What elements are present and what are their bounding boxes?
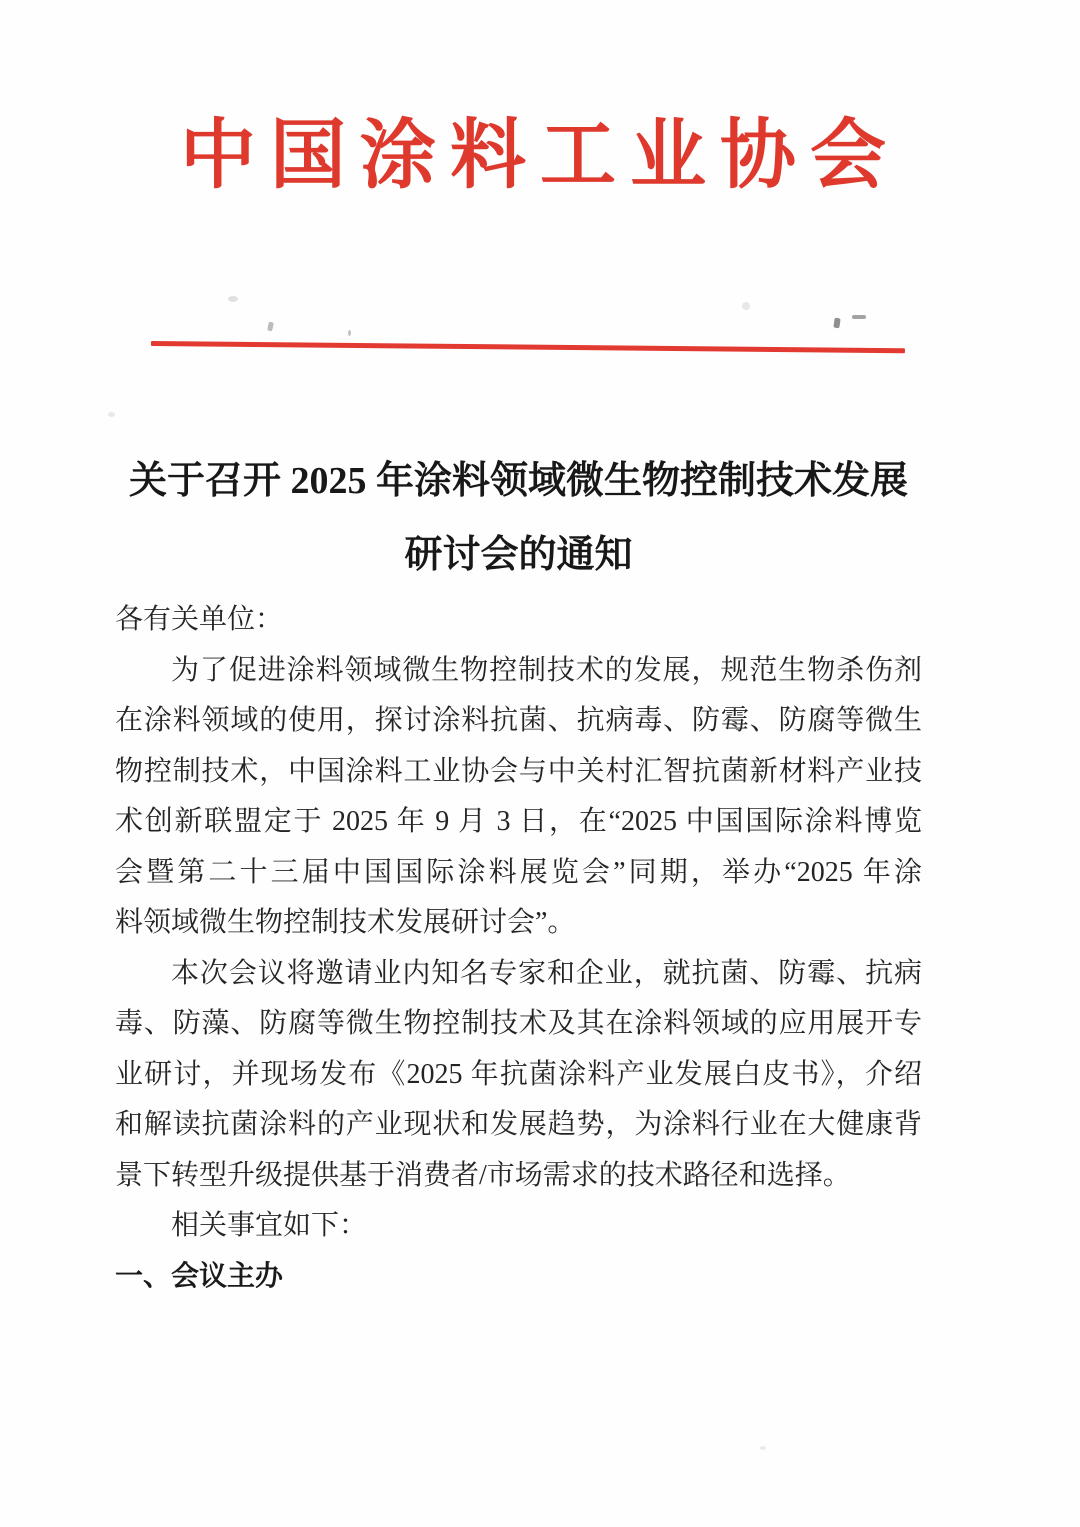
body-line: 业研讨，并现场发布《2025 年抗菌涂料产业发展白皮书》，介绍 (115, 1050, 922, 1101)
scan-artifact (852, 315, 866, 319)
body-line: 一、会议主办 (115, 1252, 922, 1303)
paragraph: 各有关单位： (115, 595, 922, 646)
document-title-line1: 关于召开 2025 年涂料领域微生物控制技术发展 (115, 444, 922, 518)
body-line: 和解读抗菌涂料的产业现状和发展趋势，为涂料行业在大健康背 (115, 1100, 922, 1151)
scan-artifact (760, 1446, 766, 1450)
scan-artifact (267, 322, 274, 332)
body-line: 各有关单位： (115, 595, 922, 646)
section-heading: 一、会议主办 (115, 1252, 922, 1303)
scanned-notice-page: 中国涂料工业协会 关于召开 2025 年涂料领域微生物控制技术发展 研讨会的通知… (0, 0, 1080, 1527)
scan-artifact (108, 412, 115, 417)
red-divider-line (151, 341, 905, 353)
body-line: 在涂料领域的使用，探讨涂料抗菌、抗病毒、防霉、防腐等微生 (115, 696, 922, 747)
organization-masthead: 中国涂料工业协会 (0, 118, 1080, 194)
body-line: 术创新联盟定于 2025 年 9 月 3 日，在“2025 中国国际涂料博览 (115, 797, 922, 848)
scan-artifact (833, 318, 840, 329)
paragraph: 本次会议将邀请业内知名专家和企业，就抗菌、防霉、抗病毒、防藻、防腐等微生物控制技… (115, 949, 922, 1202)
paragraph: 为了促进涂料领域微生物控制技术的发展，规范生物杀伤剂在涂料领域的使用，探讨涂料抗… (115, 646, 922, 949)
scan-artifact (348, 330, 351, 336)
body-line: 物控制技术，中国涂料工业协会与中关村汇智抗菌新材料产业技 (115, 747, 922, 798)
body-line: 毒、防藻、防腐等微生物控制技术及其在涂料领域的应用展开专 (115, 999, 922, 1050)
body-line: 相关事宜如下： (115, 1201, 922, 1252)
document-title: 关于召开 2025 年涂料领域微生物控制技术发展 研讨会的通知 (115, 444, 922, 592)
scan-artifact (742, 302, 750, 310)
paragraph: 相关事宜如下： (115, 1201, 922, 1252)
body-line: 本次会议将邀请业内知名专家和企业，就抗菌、防霉、抗病 (115, 949, 922, 1000)
body-line: 会暨第二十三届中国国际涂料展览会”同期，举办“2025 年涂 (115, 848, 922, 899)
body-line: 景下转型升级提供基于消费者/市场需求的技术路径和选择。 (115, 1151, 922, 1202)
body-line: 料领域微生物控制技术发展研讨会”。 (115, 898, 922, 949)
document-body: 各有关单位：为了促进涂料领域微生物控制技术的发展，规范生物杀伤剂在涂料领域的使用… (115, 595, 922, 1302)
body-line: 为了促进涂料领域微生物控制技术的发展，规范生物杀伤剂 (115, 646, 922, 697)
scan-artifact (228, 296, 238, 302)
document-title-line2: 研讨会的通知 (115, 518, 922, 592)
